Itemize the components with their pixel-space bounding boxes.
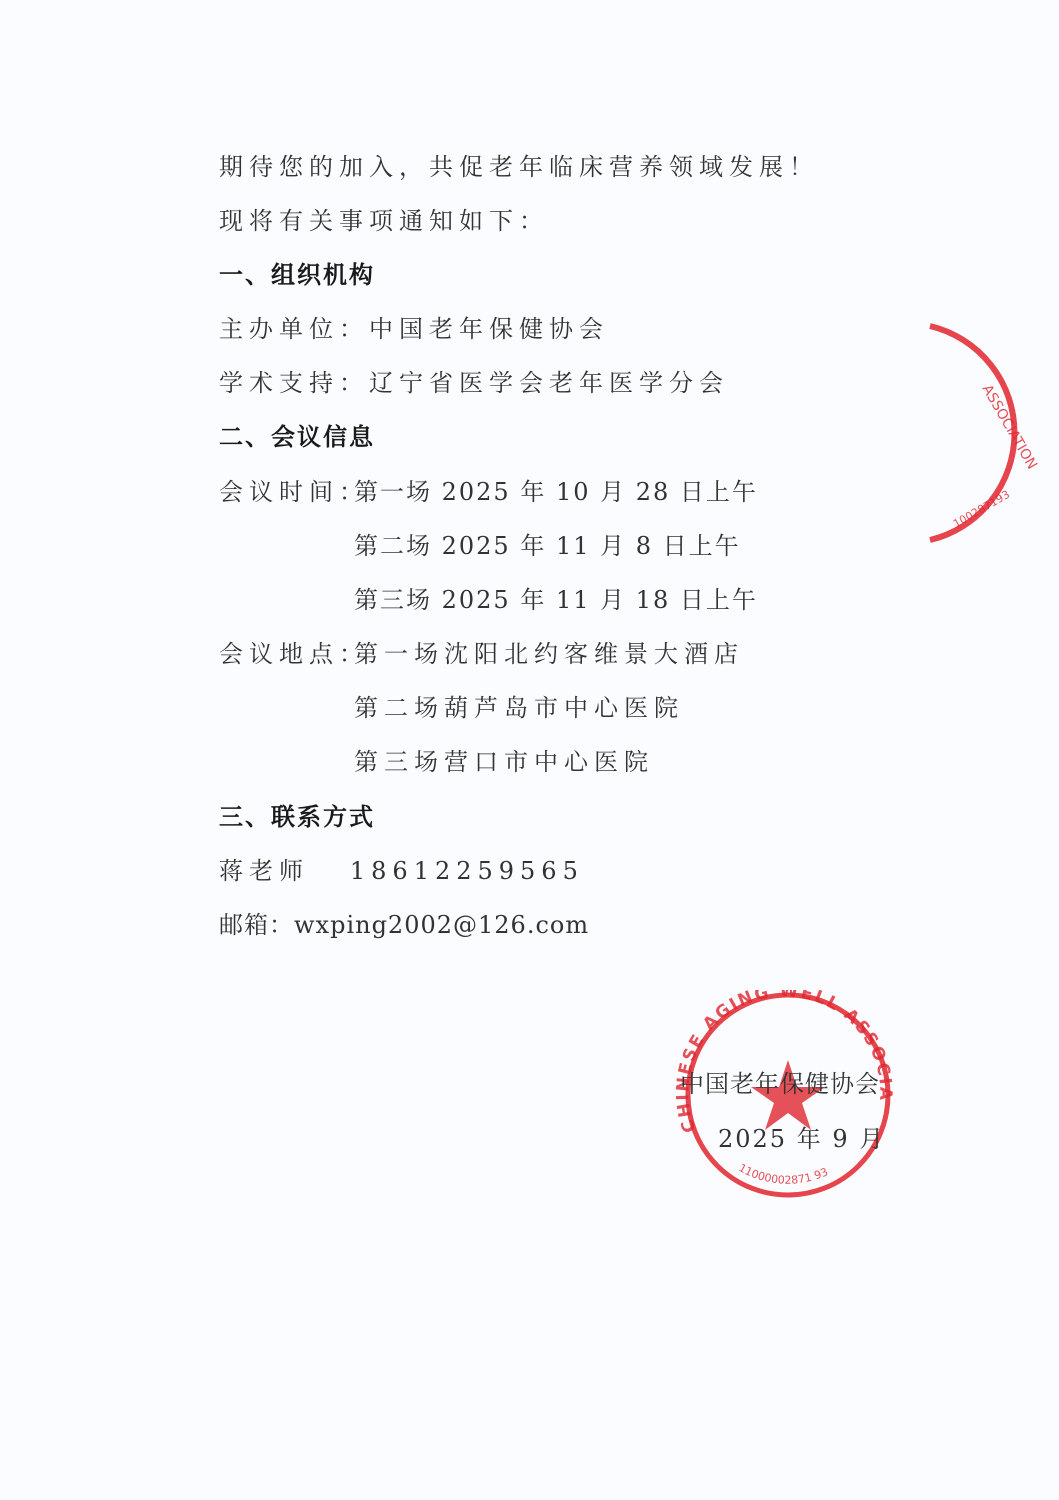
place-item: 第二场葫芦岛市中心医院: [354, 692, 684, 724]
notice-text: 现将有关事项通知如下：: [219, 205, 549, 237]
contact-line: 蒋老师 18612259565: [219, 855, 584, 887]
place-label: 会议地点：: [219, 638, 369, 670]
support-line: 学术支持：辽宁省医学会老年医学分会: [219, 367, 729, 399]
partial-seal-stamp-icon: ASSOCIATION 100287193: [870, 318, 1059, 548]
document-page: 期待您的加入，共促老年临床营养领域发展！ 现将有关事项通知如下： 一、组织机构 …: [0, 0, 1059, 1500]
section-heading-contact: 三、联系方式: [219, 801, 375, 833]
place-item: 第一场沈阳北约客维景大酒店: [354, 638, 744, 670]
svg-text:11000002871 93: 11000002871 93: [736, 1161, 830, 1186]
place-item: 第三场营口市中心医院: [354, 746, 654, 778]
email-line: 邮箱：wxping2002@126.com: [219, 909, 589, 941]
time-item: 第一场 2025 年 10 月 28 日上午: [354, 476, 758, 508]
host-line: 主办单位：中国老年保健协会: [219, 313, 609, 345]
time-label: 会议时间：: [219, 476, 369, 508]
intro-text: 期待您的加入，共促老年临床营养领域发展！: [219, 151, 819, 183]
time-item: 第二场 2025 年 11 月 8 日上午: [354, 530, 741, 562]
section-heading-meeting: 二、会议信息: [219, 421, 375, 453]
signature-org: 中国老年保健协会: [680, 1068, 880, 1100]
signature-date: 2025 年 9 月: [718, 1123, 885, 1155]
svg-text:100287193: 100287193: [951, 488, 1012, 531]
section-heading-organization: 一、组织机构: [219, 259, 375, 291]
time-item: 第三场 2025 年 11 月 18 日上午: [354, 584, 758, 616]
